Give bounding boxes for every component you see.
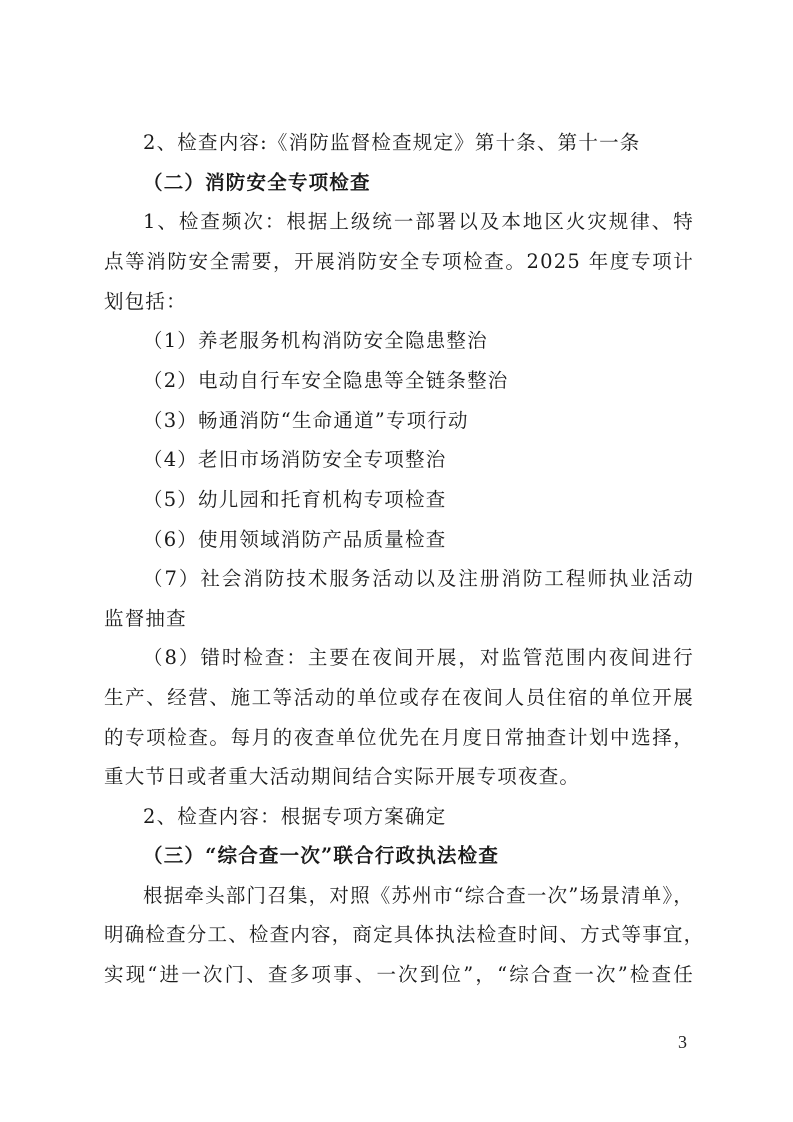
- paragraph-line: 实现“进一次门、查多项事、一次到位”，“综合查一次”检查任: [104, 962, 694, 988]
- paragraph-line: （6）使用领域消防产品质量检查: [143, 527, 733, 553]
- paragraph-line: 划包括：: [104, 289, 694, 315]
- paragraph-line: 2、检查内容：根据专项方案确定: [143, 804, 733, 830]
- paragraph-line: 根据牵头部门召集，对照《苏州市“综合查一次”场景清单》，: [143, 883, 694, 909]
- page-number: 3: [678, 1032, 687, 1053]
- paragraph-line: 监督抽查: [104, 606, 694, 632]
- paragraph-line: 生产、经营、施工等活动的单位或存在夜间人员住宿的单位开展: [104, 685, 694, 711]
- paragraph-line: （8）错时检查：主要在夜间开展，对监管范围内夜间进行: [143, 645, 694, 671]
- paragraph-line: 重大节日或者重大活动期间结合实际开展专项夜查。: [104, 764, 694, 790]
- paragraph-line: （2）电动自行车安全隐患等全链条整治: [143, 368, 733, 394]
- document-page: 2、检查内容:《消防监督检查规定》第十条、第十一条（二）消防安全专项检查1、检查…: [0, 0, 793, 1122]
- paragraph-line: 的专项检查。每月的夜查单位优先在月度日常抽查计划中选择，: [104, 725, 694, 751]
- paragraph-line: 1、检查频次：根据上级统一部署以及本地区火灾规律、特: [143, 209, 694, 235]
- paragraph-line: （1）养老服务机构消防安全隐患整治: [143, 328, 733, 354]
- section-heading: （三）“综合查一次”联合行政执法检查: [143, 843, 733, 869]
- paragraph-line: 点等消防安全需要，开展消防安全专项检查。2025 年度专项计: [104, 249, 694, 275]
- paragraph-line: （5）幼儿园和托育机构专项检查: [143, 487, 733, 513]
- paragraph-line: （3）畅通消防“生命通道”专项行动: [143, 408, 733, 434]
- paragraph-line: 2、检查内容:《消防监督检查规定》第十条、第十一条: [143, 130, 733, 156]
- paragraph-line: 明确检查分工、检查内容，商定具体执法检查时间、方式等事宜，: [104, 922, 694, 948]
- section-heading: （二）消防安全专项检查: [143, 170, 733, 196]
- paragraph-line: （4）老旧市场消防安全专项整治: [143, 447, 733, 473]
- paragraph-line: （7）社会消防技术服务活动以及注册消防工程师执业活动: [143, 566, 694, 592]
